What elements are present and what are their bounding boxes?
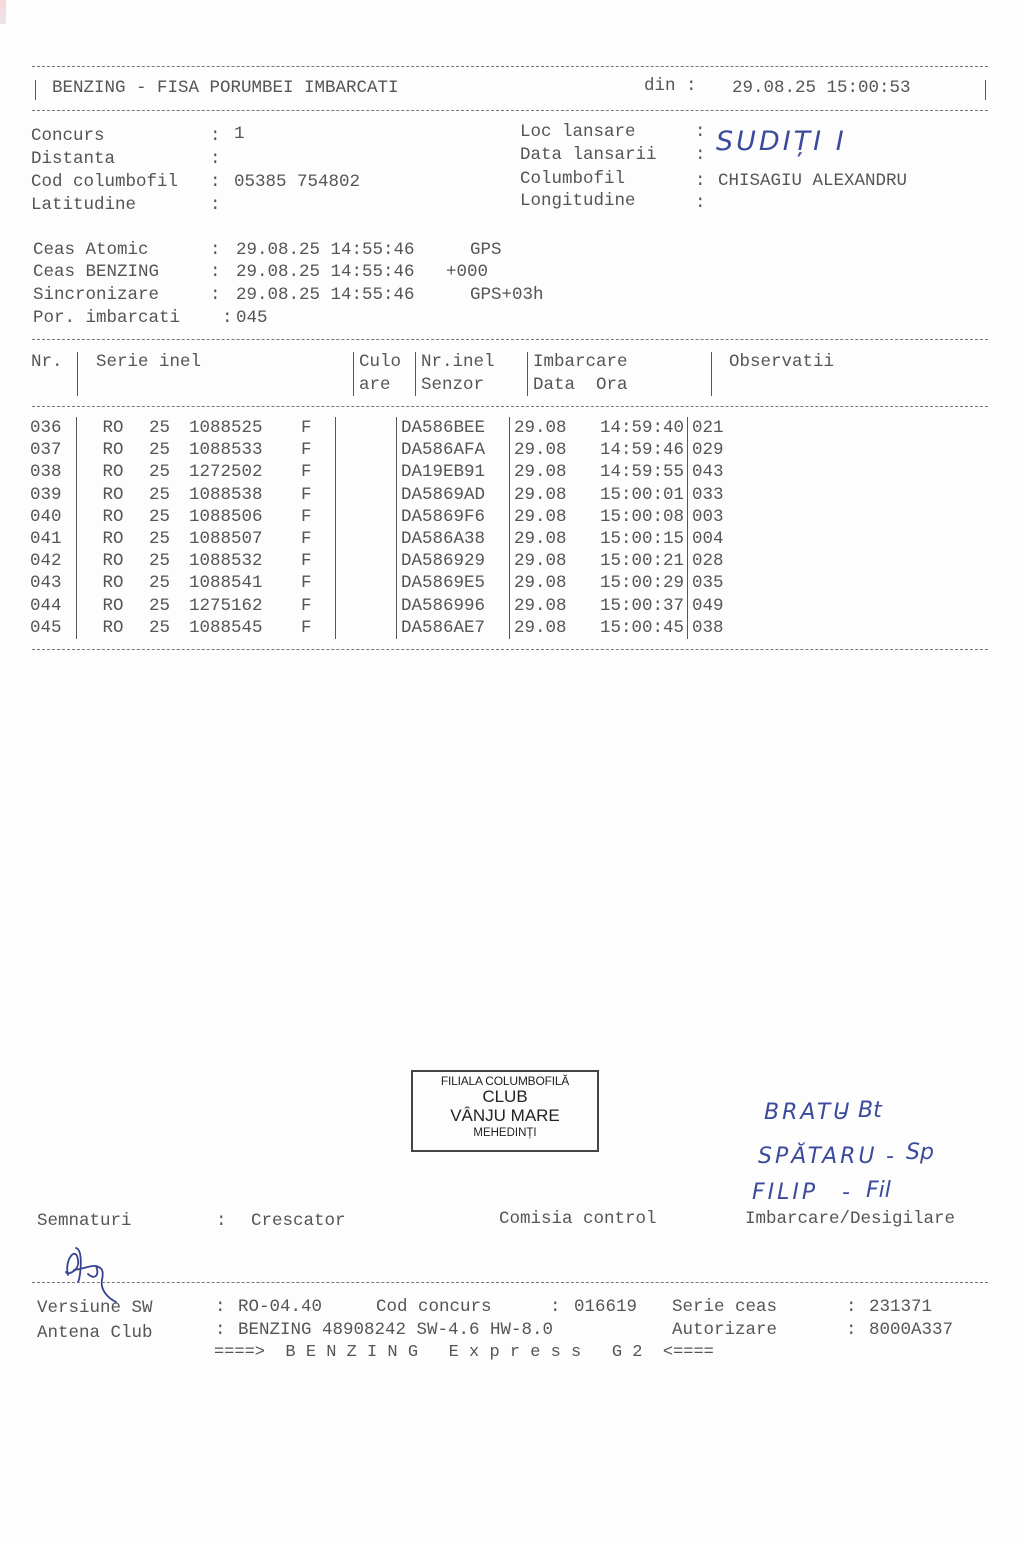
dash: - bbox=[842, 1180, 853, 1205]
row-color bbox=[336, 484, 397, 506]
row-nr: 041 bbox=[30, 528, 77, 550]
dashed-divider bbox=[32, 649, 988, 650]
row-time: 15:00:01 bbox=[584, 484, 688, 506]
row-year: 25 bbox=[149, 550, 189, 572]
header-observatii: Observatii bbox=[729, 351, 834, 374]
row-date: 29.08 bbox=[510, 572, 585, 594]
header-serie-inel: Serie inel bbox=[96, 351, 201, 374]
dash: - bbox=[886, 1144, 897, 1169]
row-ring-number: 1088538 bbox=[189, 484, 301, 506]
header-culoare-2: are bbox=[359, 374, 391, 397]
value-por-imbarcati: 045 bbox=[236, 307, 268, 330]
header-sensor-1: Nr.inel bbox=[421, 351, 495, 374]
row-date: 29.08 bbox=[510, 461, 585, 483]
colon: : bbox=[210, 284, 221, 307]
row-sex: F bbox=[301, 528, 336, 550]
header-divider bbox=[711, 352, 712, 396]
value-cod-columbofil: 05385 754802 bbox=[234, 171, 360, 194]
row-date: 29.08 bbox=[510, 417, 585, 439]
label-concurs: Concurs bbox=[31, 125, 105, 148]
row-color bbox=[336, 572, 397, 594]
header-imbarcare-2: Data Ora bbox=[533, 374, 628, 397]
row-ring-number: 1088541 bbox=[189, 572, 301, 594]
row-sex: F bbox=[301, 595, 336, 617]
label-data-lansarii: Data lansarii bbox=[520, 144, 657, 167]
serie-ceas-value: 231371 bbox=[869, 1296, 932, 1319]
row-observatii: 035 bbox=[688, 572, 724, 594]
row-year: 25 bbox=[149, 595, 189, 617]
label-loc-lansare: Loc lansare bbox=[520, 121, 636, 144]
row-time: 15:00:37 bbox=[584, 595, 688, 617]
row-sensor-ring: DA586BEE bbox=[397, 417, 510, 439]
stamp-line-2: CLUB bbox=[413, 1088, 597, 1106]
label-ceas-atomic: Ceas Atomic bbox=[33, 239, 149, 262]
row-year: 25 bbox=[149, 417, 189, 439]
row-sensor-ring: DA586A38 bbox=[397, 528, 510, 550]
value-concurs: 1 bbox=[234, 123, 245, 146]
document-title: BENZING - FISA PORUMBEI IMBARCATI bbox=[52, 77, 399, 99]
header-divider bbox=[77, 352, 78, 396]
row-country: RO bbox=[77, 617, 150, 639]
row-country: RO bbox=[77, 528, 150, 550]
semnaturi-label: Semnaturi bbox=[37, 1210, 132, 1233]
row-color bbox=[336, 506, 397, 528]
row-color bbox=[336, 528, 397, 550]
row-observatii: 021 bbox=[688, 417, 724, 439]
label-latitudine: Latitudine bbox=[31, 194, 136, 217]
serie-ceas-label: Serie ceas bbox=[672, 1296, 777, 1319]
row-ring-number: 1088506 bbox=[189, 506, 301, 528]
versiune-label: Versiune SW bbox=[37, 1297, 153, 1320]
colon: : bbox=[695, 144, 706, 167]
autorizare-label: Autorizare bbox=[672, 1319, 777, 1342]
row-ring-number: 1088545 bbox=[189, 617, 301, 639]
row-observatii: 049 bbox=[688, 595, 724, 617]
row-date: 29.08 bbox=[510, 617, 585, 639]
colon: : bbox=[846, 1319, 857, 1342]
row-date: 29.08 bbox=[510, 484, 585, 506]
colon: : bbox=[222, 307, 233, 330]
comisia-control-label: Comisia control bbox=[499, 1208, 657, 1231]
row-sensor-ring: DA586AE7 bbox=[397, 617, 510, 639]
row-date: 29.08 bbox=[510, 506, 585, 528]
label-distanta: Distanta bbox=[31, 148, 115, 171]
row-nr: 042 bbox=[30, 550, 77, 572]
row-nr: 036 bbox=[30, 417, 77, 439]
row-country: RO bbox=[77, 439, 150, 461]
row-color bbox=[336, 550, 397, 572]
dashed-divider bbox=[32, 66, 988, 67]
row-time: 15:00:08 bbox=[584, 506, 688, 528]
colon: : bbox=[215, 1319, 226, 1342]
row-ring-number: 1272502 bbox=[189, 461, 301, 483]
benzing-banner: ====> B E N Z I N G E x p r e s s G 2 <=… bbox=[214, 1341, 714, 1364]
row-sensor-ring: DA586996 bbox=[397, 595, 510, 617]
dashed-divider bbox=[32, 1282, 988, 1283]
row-time: 14:59:46 bbox=[584, 439, 688, 461]
header-divider bbox=[353, 352, 354, 396]
commission-signature-2: Sp bbox=[906, 1140, 934, 1165]
row-time: 14:59:55 bbox=[584, 461, 688, 483]
table-row: 037RO251088533FDA586AFA29.0814:59:46029 bbox=[30, 439, 724, 461]
row-date: 29.08 bbox=[510, 528, 585, 550]
row-year: 25 bbox=[149, 461, 189, 483]
header-nr: Nr. bbox=[31, 351, 63, 374]
row-time: 15:00:45 bbox=[584, 617, 688, 639]
row-sex: F bbox=[301, 572, 336, 594]
club-stamp: FILIALA COLUMBOFILĂ CLUB VÂNJU MARE MEHE… bbox=[411, 1070, 599, 1152]
row-observatii: 043 bbox=[688, 461, 724, 483]
row-sex: F bbox=[301, 461, 336, 483]
header-din-label: din : bbox=[644, 75, 697, 97]
colon: : bbox=[550, 1296, 561, 1319]
row-sensor-ring: DA586AFA bbox=[397, 439, 510, 461]
commission-name-2: SPĂTARU bbox=[758, 1144, 878, 1169]
row-nr: 044 bbox=[30, 595, 77, 617]
pigeon-table: 036RO251088525FDA586BEE29.0814:59:400210… bbox=[30, 417, 724, 639]
row-time: 15:00:29 bbox=[584, 572, 688, 594]
row-time: 14:59:40 bbox=[584, 417, 688, 439]
table-row: 042RO251088532FDA58692929.0815:00:21028 bbox=[30, 550, 724, 572]
row-time: 15:00:15 bbox=[584, 528, 688, 550]
row-sensor-ring: DA5869F6 bbox=[397, 506, 510, 528]
label-longitudine: Longitudine bbox=[520, 190, 636, 213]
value-sincronizare: 29.08.25 14:55:46 bbox=[236, 284, 415, 307]
commission-name-3: FILIP bbox=[752, 1180, 818, 1205]
table-row: 044RO251275162FDA58699629.0815:00:37049 bbox=[30, 595, 724, 617]
row-color bbox=[336, 595, 397, 617]
colon: : bbox=[216, 1210, 227, 1233]
antena-label: Antena Club bbox=[37, 1322, 153, 1345]
value-loc-lansare-handwritten: SUDIȚI I bbox=[716, 128, 847, 156]
row-ring-number: 1088507 bbox=[189, 528, 301, 550]
colon: : bbox=[210, 239, 221, 262]
row-observatii: 004 bbox=[688, 528, 724, 550]
row-sex: F bbox=[301, 506, 336, 528]
row-sex: F bbox=[301, 550, 336, 572]
row-sensor-ring: DA5869AD bbox=[397, 484, 510, 506]
row-country: RO bbox=[77, 595, 150, 617]
stamp-line-4: MEHEDINȚI bbox=[413, 1126, 597, 1140]
autorizare-value: 8000A337 bbox=[869, 1319, 953, 1342]
row-country: RO bbox=[77, 461, 150, 483]
value-ceas-benzing: 29.08.25 14:55:46 bbox=[236, 261, 415, 284]
imbarcare-desigilare-label: Imbarcare/Desigilare bbox=[745, 1208, 955, 1231]
row-observatii: 028 bbox=[688, 550, 724, 572]
suffix-sincronizare: GPS+03h bbox=[470, 284, 544, 307]
header-divider bbox=[527, 352, 528, 396]
colon: : bbox=[210, 148, 221, 171]
row-sex: F bbox=[301, 439, 336, 461]
row-nr: 039 bbox=[30, 484, 77, 506]
suffix-ceas-atomic: GPS bbox=[470, 239, 502, 262]
dashed-divider bbox=[32, 406, 988, 407]
row-year: 25 bbox=[149, 506, 189, 528]
row-ring-number: 1088532 bbox=[189, 550, 301, 572]
row-observatii: 038 bbox=[688, 617, 724, 639]
header-culoare-1: Culo bbox=[359, 351, 401, 374]
cod-concurs-value: 016619 bbox=[574, 1296, 637, 1319]
colon: : bbox=[210, 261, 221, 284]
row-nr: 045 bbox=[30, 617, 77, 639]
value-columbofil: CHISAGIU ALEXANDRU bbox=[718, 170, 907, 193]
commission-signature-1: Bt bbox=[858, 1098, 882, 1123]
table-row: 043RO251088541FDA5869E529.0815:00:29035 bbox=[30, 572, 724, 594]
colon: : bbox=[210, 125, 221, 148]
colon: : bbox=[210, 171, 221, 194]
row-year: 25 bbox=[149, 439, 189, 461]
row-nr: 043 bbox=[30, 572, 77, 594]
versiune-value: RO-04.40 bbox=[238, 1296, 322, 1319]
label-ceas-benzing: Ceas BENZING bbox=[33, 261, 159, 284]
row-country: RO bbox=[77, 484, 150, 506]
row-sensor-ring: DA19EB91 bbox=[397, 461, 510, 483]
row-year: 25 bbox=[149, 484, 189, 506]
row-ring-number: 1088525 bbox=[189, 417, 301, 439]
colon: : bbox=[846, 1296, 857, 1319]
header-left-bar bbox=[35, 80, 36, 100]
dashed-divider bbox=[32, 110, 988, 111]
stamp-line-3: VÂNJU MARE bbox=[413, 1106, 597, 1126]
row-year: 25 bbox=[149, 528, 189, 550]
table-row: 039RO251088538FDA5869AD29.0815:00:01033 bbox=[30, 484, 724, 506]
value-ceas-atomic: 29.08.25 14:55:46 bbox=[236, 239, 415, 262]
colon: : bbox=[215, 1296, 226, 1319]
label-cod-columbofil: Cod columbofil bbox=[31, 171, 178, 194]
header-imbarcare-1: Imbarcare bbox=[533, 351, 628, 374]
row-color bbox=[336, 617, 397, 639]
dashed-divider bbox=[32, 339, 988, 340]
row-time: 15:00:21 bbox=[584, 550, 688, 572]
row-observatii: 003 bbox=[688, 506, 724, 528]
header-din-value: 29.08.25 15:00:53 bbox=[732, 77, 911, 99]
table-row: 036RO251088525FDA586BEE29.0814:59:40021 bbox=[30, 417, 724, 439]
row-nr: 038 bbox=[30, 461, 77, 483]
cod-concurs-label: Cod concurs bbox=[376, 1296, 492, 1319]
crescator-label: Crescator bbox=[251, 1210, 346, 1233]
row-year: 25 bbox=[149, 572, 189, 594]
colon: : bbox=[695, 192, 706, 215]
antena-value: BENZING 48908242 SW-4.6 HW-8.0 bbox=[238, 1319, 553, 1342]
row-date: 29.08 bbox=[510, 550, 585, 572]
table-row: 040RO251088506FDA5869F629.0815:00:08003 bbox=[30, 506, 724, 528]
row-ring-number: 1275162 bbox=[189, 595, 301, 617]
row-color bbox=[336, 417, 397, 439]
row-country: RO bbox=[77, 417, 150, 439]
header-right-bar bbox=[985, 80, 986, 100]
row-observatii: 033 bbox=[688, 484, 724, 506]
row-nr: 040 bbox=[30, 506, 77, 528]
table-row: 045RO251088545FDA586AE729.0815:00:45038 bbox=[30, 617, 724, 639]
row-color bbox=[336, 439, 397, 461]
row-ring-number: 1088533 bbox=[189, 439, 301, 461]
table-row: 041RO251088507FDA586A3829.0815:00:15004 bbox=[30, 528, 724, 550]
row-sensor-ring: DA5869E5 bbox=[397, 572, 510, 594]
row-year: 25 bbox=[149, 617, 189, 639]
suffix-ceas-benzing: +000 bbox=[446, 261, 488, 284]
label-columbofil: Columbofil bbox=[520, 168, 625, 191]
row-country: RO bbox=[77, 572, 150, 594]
colon: : bbox=[695, 121, 706, 144]
dash: - bbox=[838, 1100, 849, 1125]
colon: : bbox=[695, 170, 706, 193]
row-observatii: 029 bbox=[688, 439, 724, 461]
commission-signature-3: Fil bbox=[866, 1178, 891, 1203]
row-sensor-ring: DA586929 bbox=[397, 550, 510, 572]
row-date: 29.08 bbox=[510, 595, 585, 617]
colon: : bbox=[210, 194, 221, 217]
row-nr: 037 bbox=[30, 439, 77, 461]
stamp-line-1: FILIALA COLUMBOFILĂ bbox=[413, 1074, 597, 1088]
row-country: RO bbox=[77, 550, 150, 572]
label-sincronizare: Sincronizare bbox=[33, 284, 159, 307]
label-por-imbarcati: Por. imbarcati bbox=[33, 307, 180, 330]
row-sex: F bbox=[301, 484, 336, 506]
header-sensor-2: Senzor bbox=[421, 374, 484, 397]
scan-edge-mark bbox=[0, 0, 6, 24]
table-row: 038RO251272502FDA19EB9129.0814:59:55043 bbox=[30, 461, 724, 483]
header-divider bbox=[415, 352, 416, 396]
row-country: RO bbox=[77, 506, 150, 528]
row-sex: F bbox=[301, 417, 336, 439]
row-sex: F bbox=[301, 617, 336, 639]
row-color bbox=[336, 461, 397, 483]
row-date: 29.08 bbox=[510, 439, 585, 461]
